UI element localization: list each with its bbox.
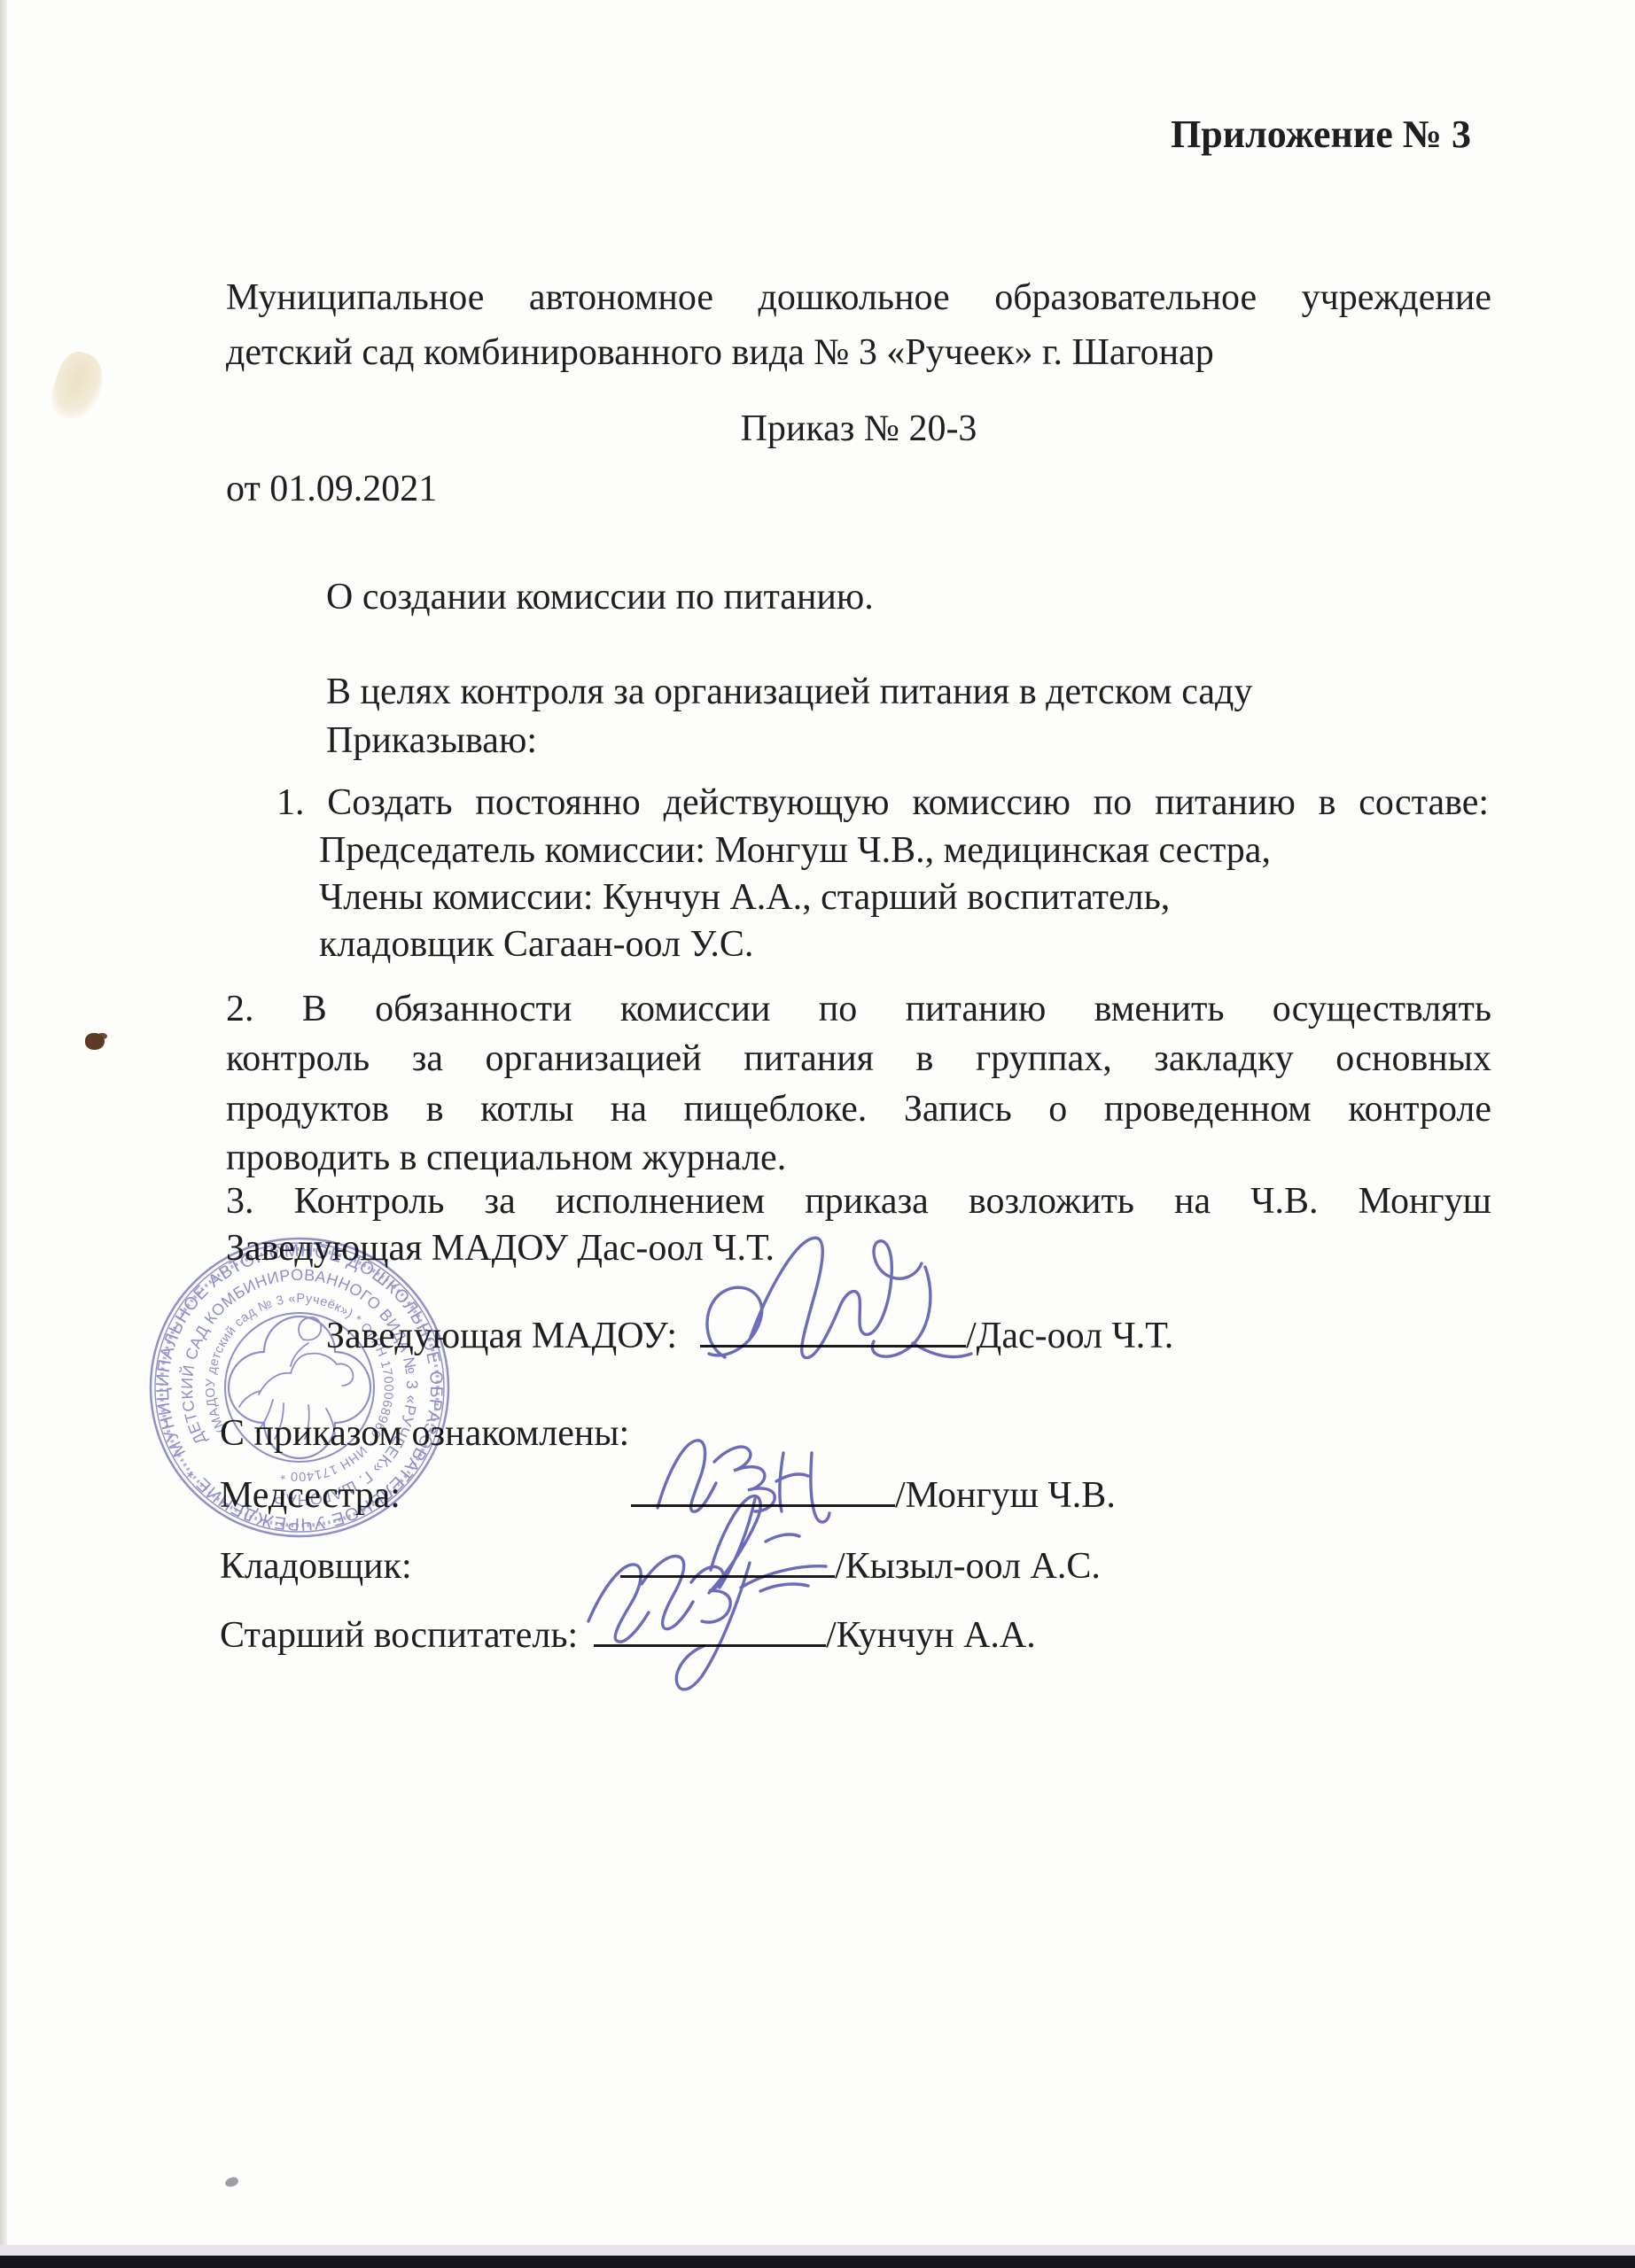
ack-heading: С приказом ознакомлены: [220,1410,629,1457]
ink-dot-artifact [85,1033,105,1050]
ack-row-storekeeper-name: /Кызыл-оол А.С. [835,1546,1101,1587]
list-item-2-line-3: продуктов в котлы на пищеблоке. Запись о… [226,1086,1491,1133]
list-item-3-line-2: Заведующая МАДОУ Дас-оол Ч.Т. [226,1225,775,1272]
ack-row-senior-educator-name: /Кунчун А.А. [826,1615,1036,1656]
ack-row-nurse: Медсестра:/Монгуш Ч.В. [220,1469,1116,1517]
paper-speck [224,2176,240,2189]
org-name-line1: Муниципальное автономное дошкольное обра… [226,275,1491,322]
list-item-2-line-2: контроль за организацией питания в групп… [226,1036,1491,1083]
list-item-1-line-3: Члены комиссии: Кунчун А.А., старший вос… [319,874,1170,921]
head-signature-line [700,1309,966,1348]
ack-row-nurse-label: Медсестра: [220,1474,631,1517]
order-number-title: Приказ № 20-3 [226,406,1491,453]
ack-row-senior-educator-line [594,1609,826,1647]
order-subject: О создании комиссии по питанию. [326,574,874,621]
ack-row-senior-educator-label: Старший воспитатель: [220,1614,594,1657]
scan-bottom-edge-light [0,2245,1635,2256]
list-item-3-line-1: 3. Контроль за исполнением приказа возло… [226,1178,1491,1225]
list-item-1-line-2: Председатель комиссии: Монгуш Ч.В., меди… [319,827,1271,874]
list-item-2-line-1: 2. В обязанности комиссии по питанию вме… [226,986,1491,1033]
ack-row-storekeeper-line [620,1540,835,1578]
list-item-2-line-4: проводить в специальном журнале. [226,1135,786,1182]
scan-left-edge [0,0,7,2268]
purpose-line: В целях контроля за организацией питания… [326,669,1252,716]
ack-row-storekeeper: Кладовщик:/Кызыл-оол А.С. [220,1540,1101,1588]
document-page: Приложение № 3 Муниципальное автономное … [0,0,1635,2268]
appendix-label: Приложение № 3 [226,110,1471,159]
list-item-1-line-1: 1. Создать постоянно действующую комисси… [276,780,1489,827]
head-signature-name: /Дас-оол Ч.Т. [966,1316,1173,1356]
ack-row-storekeeper-label: Кладовщик: [220,1545,620,1588]
directive-word: Приказываю: [326,718,537,765]
ack-row-senior-educator: Старший воспитатель:/Кунчун А.А. [220,1609,1036,1657]
head-signature-row: Заведующая МАДОУ:/Дас-оол Ч.Т. [326,1309,1173,1357]
order-date: от 01.09.2021 [226,466,437,513]
list-item-1-line-4: кладовщик Сагаан-оол У.С. [319,921,753,968]
ack-row-nurse-line [631,1469,895,1507]
org-name-line2: детский сад комбинированного вида № 3 «Р… [226,330,1214,377]
ack-row-nurse-name: /Монгуш Ч.В. [895,1475,1116,1516]
scan-bottom-edge [0,2256,1635,2268]
head-signature-label: Заведующая МАДОУ: [326,1315,700,1357]
paper-smudge [46,347,111,425]
